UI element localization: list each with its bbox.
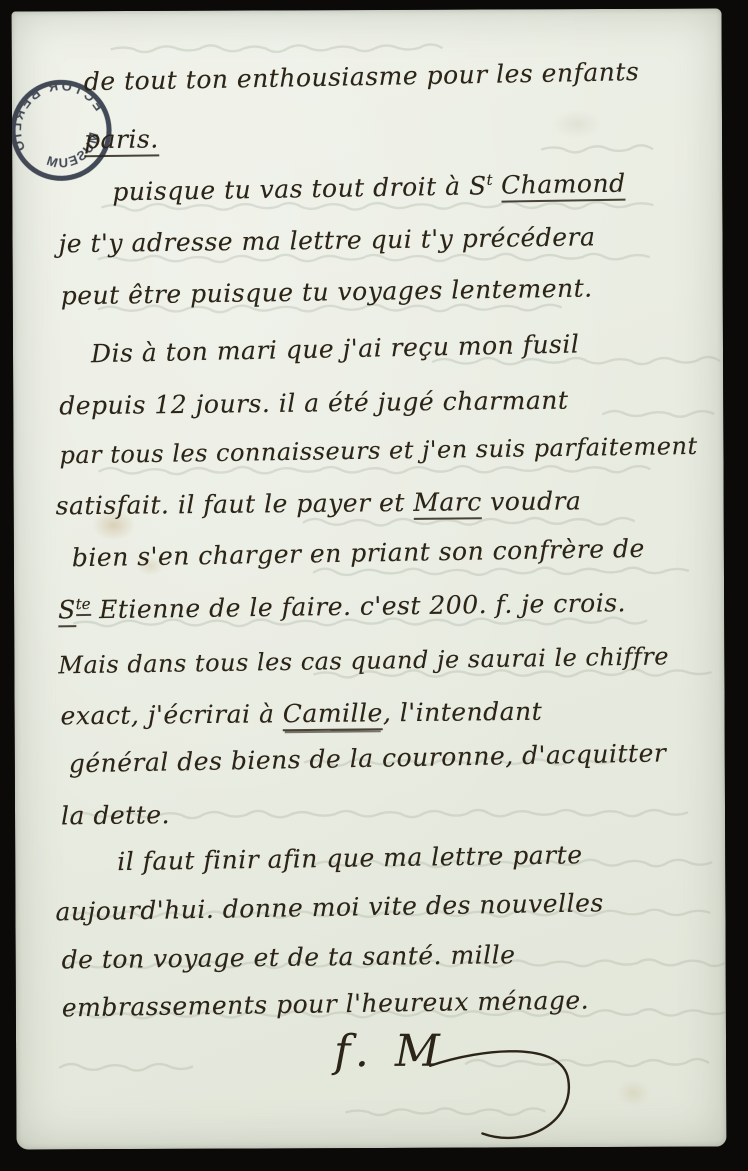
letter-line: exact, j'écrirai à Camille, l'intendant	[60, 699, 542, 729]
letter-text: la dette.	[61, 800, 170, 830]
letter-line: peut être puisque tu voyages lentement.	[61, 275, 593, 308]
letter-text: bien s'en charger en priant son confrère…	[72, 534, 645, 572]
letter-line: de tout ton enthousiasme pour les enfant…	[84, 59, 640, 94]
letter-line: paris.	[84, 126, 159, 152]
letter-text: voudra	[482, 486, 582, 516]
letter-line: puisque tu vas tout droit à St Chamond	[112, 171, 626, 205]
letter-text: depuis 12 jours. il a été jugé charmant	[59, 386, 568, 421]
letter-line: bien s'en charger en priant son confrère…	[72, 536, 645, 570]
letter-line: Ste Etienne de le faire. c'est 200. f. j…	[58, 590, 626, 623]
letter-text: Etienne de le faire. c'est 200. f. je cr…	[90, 588, 626, 624]
paper-stain	[552, 109, 602, 139]
letter-line: Mais dans tous les cas quand je saurai l…	[58, 644, 669, 677]
underlined-word: S	[58, 595, 76, 627]
letter-line: il faut finir afin que ma lettre parte	[117, 842, 583, 874]
letter-body: de tout ton enthousiasme pour les enfant…	[12, 8, 722, 11]
letter-line: par tous les connaisseurs et j'en suis p…	[59, 434, 698, 467]
underlined-word: Camille	[283, 698, 383, 731]
letter-text: je t'y adresse ma lettre qui t'y précéde…	[58, 222, 595, 258]
letter-text: Mais dans tous les cas quand je saurai l…	[58, 642, 669, 679]
letter-text: peut être puisque tu voyages lentement.	[61, 273, 593, 310]
letter-line: embrassements pour l'heureux ménage.	[62, 988, 590, 1021]
letter-line: général des biens de la couronne, d'acqu…	[69, 740, 667, 776]
letter-text: il faut finir afin que ma lettre parte	[117, 840, 583, 876]
letter-text: général des biens de la couronne, d'acqu…	[69, 738, 667, 778]
letter-text	[492, 171, 501, 200]
letter-line: je t'y adresse ma lettre qui t'y précéde…	[58, 224, 595, 256]
underlined-word: Marc	[413, 487, 482, 520]
letter-line: aujourd'hui. donne moi vite des nouvelle…	[55, 890, 604, 924]
letter-text: de ton voyage et de ta santé. mille	[61, 940, 515, 974]
letter-line: de ton voyage et de ta santé. mille	[62, 942, 516, 972]
paper-stain	[616, 1079, 650, 1107]
signature: f. M	[334, 1021, 615, 1150]
letter-text: embrassements pour l'heureux ménage.	[62, 986, 590, 1023]
letter-text: aujourd'hui. donne moi vite des nouvelle…	[55, 888, 604, 926]
letter-text: exact, j'écrirai à	[60, 699, 283, 730]
underlined-word: te	[76, 595, 91, 616]
underlined-word: paris.	[84, 124, 159, 157]
letter-text: puisque tu vas tout droit à S	[112, 171, 487, 206]
letter-text: par tous les connaisseurs et j'en suis p…	[59, 432, 698, 469]
letter-text: de tout ton enthousiasme pour les enfant…	[84, 57, 640, 96]
underlined-word: Chamond	[501, 169, 626, 203]
letter-line: Dis à ton mari que j'ai reçu mon fusil	[91, 331, 580, 366]
letter-line: satisfait. il faut le payer et Marc voud…	[56, 488, 582, 518]
signature-initials: f. M	[334, 1030, 446, 1074]
letter-paper: HECTOR BERLIOZ MUSEUM de tout ton enthou…	[12, 8, 727, 1149]
letter-text: satisfait. il faut le payer et	[56, 488, 414, 520]
letter-text: , l'intendant	[383, 697, 543, 728]
letter-line: la dette.	[61, 802, 170, 828]
scan-background: HECTOR BERLIOZ MUSEUM de tout ton enthou…	[0, 0, 748, 1171]
letter-line: depuis 12 jours. il a été jugé charmant	[59, 388, 568, 419]
letter-text: Dis à ton mari que j'ai reçu mon fusil	[91, 329, 580, 368]
